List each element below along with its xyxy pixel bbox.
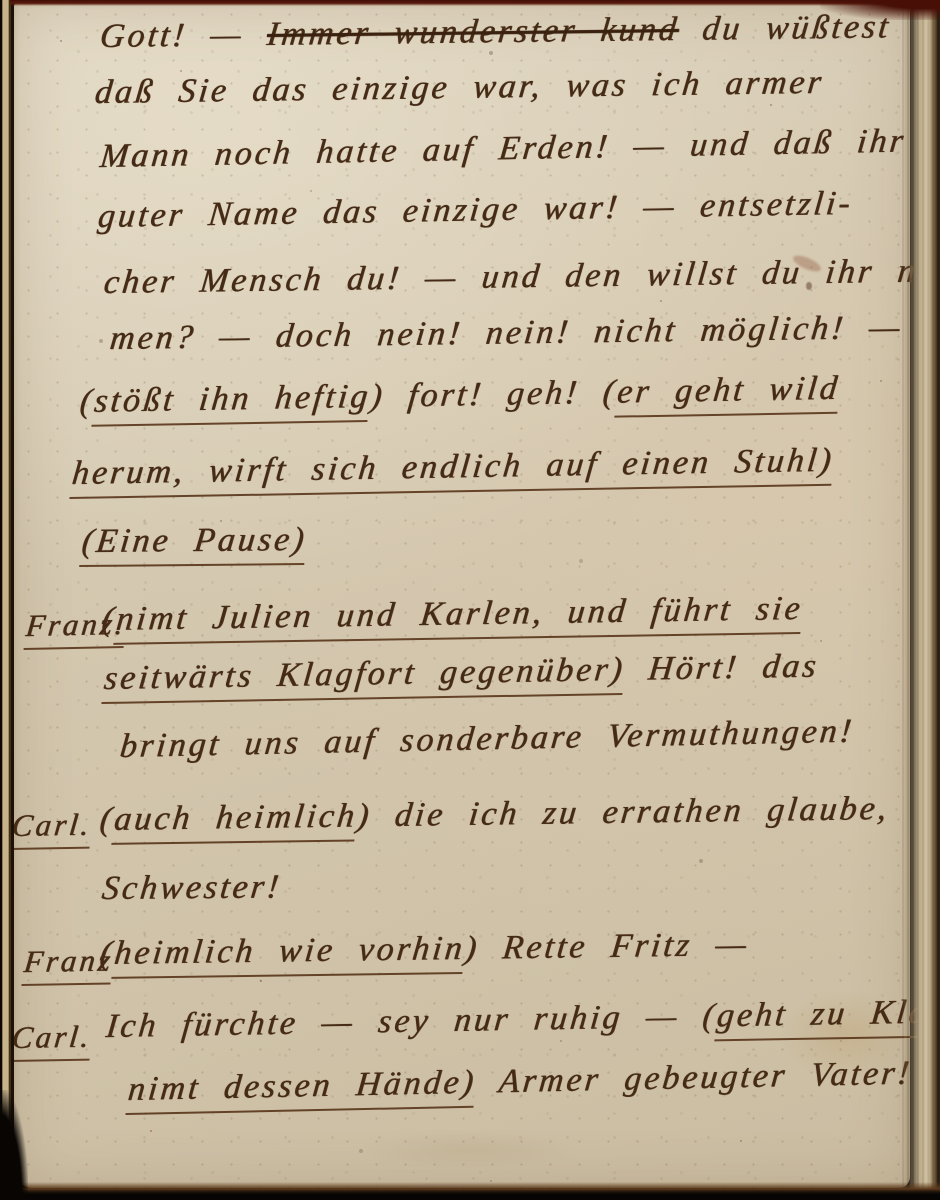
manuscript-line: daß Sie das einzige war, was ich armer [93, 66, 825, 110]
binding-left-edge [0, 0, 14, 1192]
manuscript-line: (heimlich wie vorhin) Rette Fritz — [98, 928, 750, 971]
manuscript-line: Gott! — Immer wunderster kund du wüßtest [98, 10, 892, 54]
binding-top-right-corner [820, 0, 940, 20]
struck-text: Immer wunderster kund [265, 11, 681, 53]
manuscript-line: (auch heimlich) die ich zu errathen glau… [98, 792, 891, 837]
handwritten-text: bringt uns auf sonderbare Vermuthungen! [118, 713, 856, 765]
underlined-stage-direction: stößt ihn heftig [92, 378, 373, 427]
handwritten-text: Armer gebeugter Vater! [474, 1055, 913, 1101]
binding-bottom-edge [0, 1182, 940, 1200]
handwritten-text: Ich fürchte — sey nur ruhig — ( [104, 997, 719, 1045]
handwritten-text: ) Rette Fritz — [463, 926, 751, 967]
manuscript-line: cher Mensch du! — und den willst du ihr … [102, 254, 940, 300]
underlined-stage-direction: nimt dessen Hände) [125, 1064, 477, 1115]
underlined-stage-direction: herum, wirft sich endlich auf einen Stuh… [69, 442, 835, 499]
handwritten-text: Schwester! [100, 868, 283, 907]
manuscript-line: Ich fürchte — sey nur ruhig — (geht zu K… [104, 994, 940, 1044]
page-stack-right-edge [902, 0, 940, 1190]
speaker-label-carl: Carl. [10, 809, 93, 841]
underlined-stage-direction: er geht wild [615, 370, 842, 418]
binding-bottom-left-corner [0, 1090, 28, 1200]
speaker-name: Carl. [9, 807, 93, 850]
handwritten-text: ) fort! geh! ( [368, 374, 619, 415]
speaker-name: Carl. [9, 1019, 93, 1062]
underlined-stage-direction: nimt Julien und Karlen, und führt sie [114, 590, 805, 645]
handwritten-text: Hört! das [623, 647, 821, 687]
manuscript-scan: Gott! — Immer wunderster kund du wüßtest… [0, 0, 940, 1200]
handwritten-text: Gott! — [98, 16, 269, 55]
handwritten-text: daß Sie das einzige war, was ich armer [93, 64, 826, 111]
binding-top-edge [10, 0, 940, 6]
underlined-stage-direction: heimlich wie vorhin [112, 930, 467, 979]
manuscript-line: nimt dessen Hände) Armer gebeugter Vater… [126, 1057, 913, 1107]
underlined-stage-direction: seitwärts Klagfort gegenüber) [101, 651, 626, 704]
manuscript-line: men? — doch nein! nein! nicht möglich! — [108, 311, 904, 356]
manuscript-line: (stößt ihn heftig) fort! geh! (er geht w… [78, 372, 841, 419]
manuscript-line: bringt uns auf sonderbare Vermuthungen! [118, 715, 855, 764]
manuscript-line: seitwärts Klagfort gegenüber) Hört! das [102, 649, 820, 696]
handwritten-text: Mann noch hatte auf Erden! — und daß ihr [98, 122, 908, 175]
handwritten-text: ) die ich zu errathen glaube, [355, 790, 891, 834]
manuscript-line: Schwester! [100, 870, 283, 906]
handwritten-text: men? — doch nein! nein! nicht möglich! — [108, 309, 904, 357]
handwriting-layer: Gott! — Immer wunderster kund du wüßtest… [0, 0, 940, 1200]
handwritten-text: cher Mensch du! — und den willst du ihr … [102, 252, 940, 301]
manuscript-line: (Eine Pause) [80, 523, 308, 559]
speaker-label-carl: Carl. [10, 1021, 93, 1053]
manuscript-line: Mann noch hatte auf Erden! — und daß ihr [98, 124, 907, 174]
manuscript-line: (nimt Julien und Karlen, und führt sie [100, 592, 804, 637]
underlined-stage-direction: auch heimlich [112, 797, 359, 844]
manuscript-line: guter Name das einzige war! — entsetzli- [96, 187, 854, 234]
manuscript-line: herum, wirft sich endlich auf einen Stuh… [70, 444, 835, 491]
handwritten-text: guter Name das einzige war! — entsetzli- [96, 185, 855, 235]
underlined-stage-direction: (Eine Pause) [79, 521, 309, 567]
